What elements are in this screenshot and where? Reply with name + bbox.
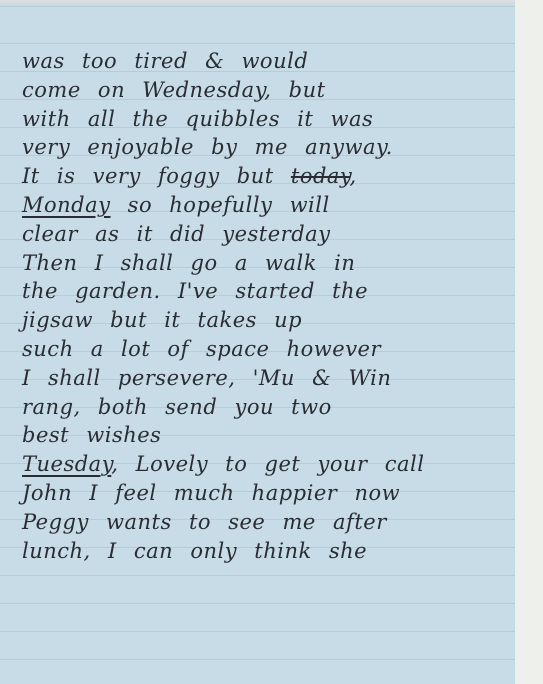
text-line: It is very foggy but today, <box>22 162 505 191</box>
day-heading-tuesday: Tuesday <box>22 452 111 476</box>
text-line: clear as it did yesterday <box>22 220 505 249</box>
text-line: Tuesday, Lovely to get your call <box>22 450 505 479</box>
handwritten-text: was too tired & would come on Wednesday,… <box>22 47 505 565</box>
text-line: was too tired & would <box>22 47 505 76</box>
text-line: John I feel much happier now <box>22 479 505 508</box>
text-line: best wishes <box>22 421 505 450</box>
text-line: with all the quibbles it was <box>22 105 505 134</box>
text-line: Peggy wants to see me after <box>22 508 505 537</box>
text-line: come on Wednesday, but <box>22 76 505 105</box>
text-line: lunch, I can only think she <box>22 537 505 566</box>
text-line: very enjoyable by me anyway. <box>22 133 505 162</box>
text-line: rang, both send you two <box>22 393 505 422</box>
day-heading-monday: Monday <box>22 193 111 217</box>
text-line: Monday so hopefully will <box>22 191 505 220</box>
text-line: such a lot of space however <box>22 335 505 364</box>
scan-background-edge <box>515 0 543 684</box>
text-line: the garden. I've started the <box>22 277 505 306</box>
text-line: I shall persevere, 'Mu & Win <box>22 364 505 393</box>
struck-out-word: today <box>291 164 350 188</box>
text-line: Then I shall go a walk in <box>22 249 505 278</box>
letter-page: was too tired & would come on Wednesday,… <box>0 0 515 684</box>
text-line: jigsaw but it takes up <box>22 306 505 335</box>
